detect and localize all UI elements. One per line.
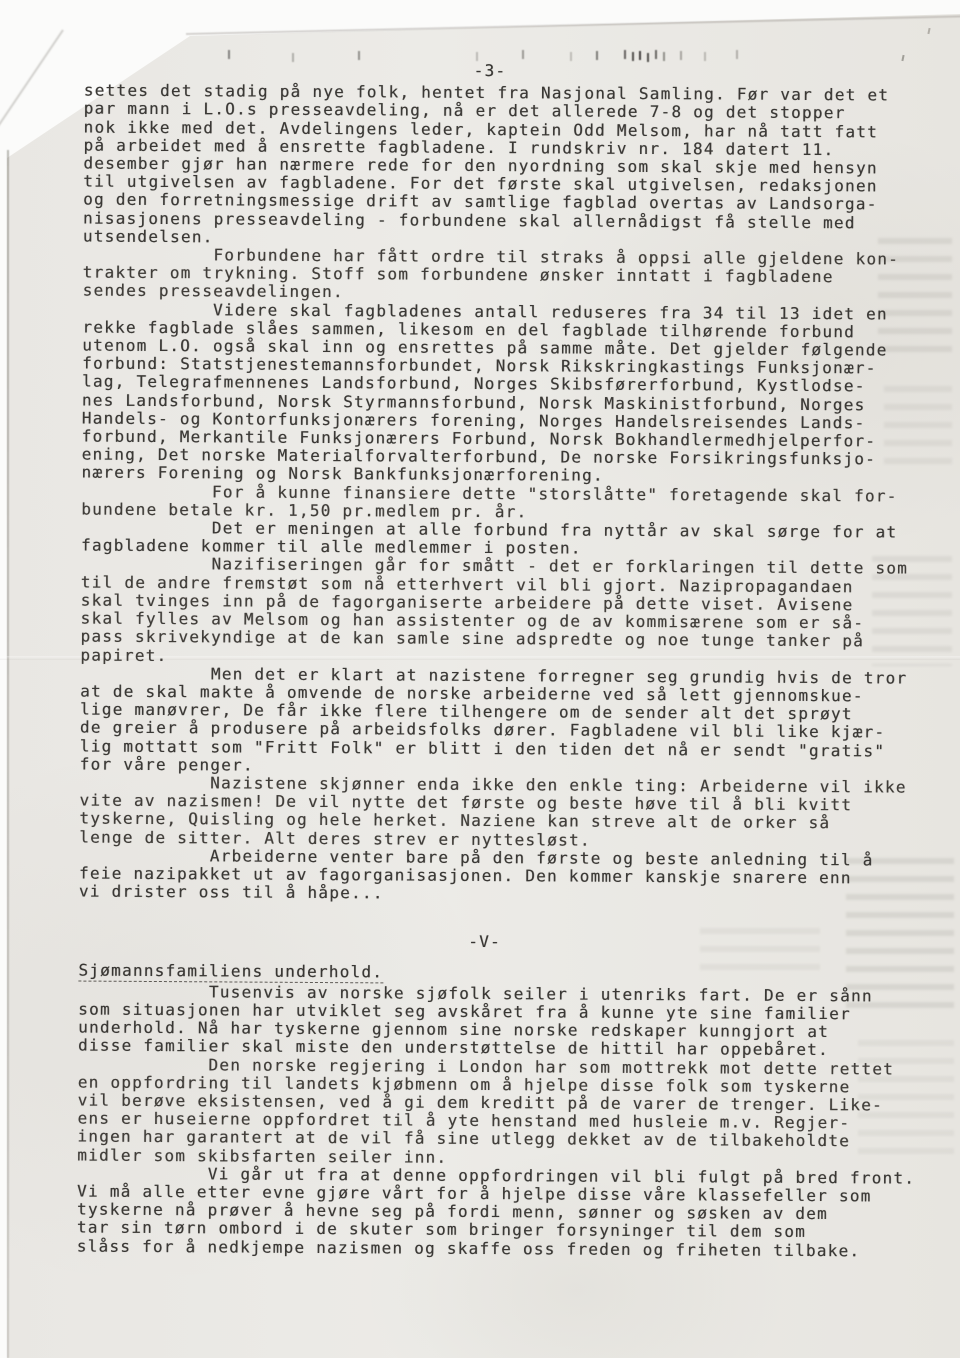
- section-heading-text: Sjømannsfamiliens underhold.: [78, 961, 383, 983]
- paragraph: Den norske regjering i London har som mo…: [77, 1055, 890, 1169]
- paper-left-edge: [7, 150, 9, 1358]
- paragraph: Arbeiderne venter bare på den første og …: [79, 846, 891, 906]
- paragraph: Forbundene har fått ordre til straks å o…: [83, 246, 895, 306]
- paragraph: Videre skal fagbladenes antall reduseres…: [81, 300, 894, 487]
- section-paragraphs: Tusenvis av norske sjøfolk seiler i uten…: [77, 982, 891, 1260]
- paragraph: settes det stadig på nye folk, hentet fr…: [83, 82, 896, 251]
- page-number: -3-: [84, 60, 896, 83]
- typewritten-page: -3- settes det stadig på nye folk, hente…: [77, 60, 896, 1261]
- paragraph: Nazifiseringen går for smått - det er fo…: [80, 555, 893, 669]
- paragraph: Vi går ut fra at denne oppfordringen vil…: [77, 1164, 890, 1260]
- paragraph: Tusenvis av norske sjøfolk seiler i uten…: [78, 982, 890, 1060]
- paragraph: Nazistene skjønner enda ikke den enkle t…: [79, 773, 891, 851]
- bleed-through-text: [884, 386, 952, 476]
- ink-smudge-row: [228, 50, 230, 59]
- paragraph: Men det er klart at nazistene forregner …: [80, 664, 893, 778]
- body-paragraphs: settes det stadig på nye folk, hentet fr…: [79, 82, 896, 906]
- section-divider: -V-: [79, 931, 891, 954]
